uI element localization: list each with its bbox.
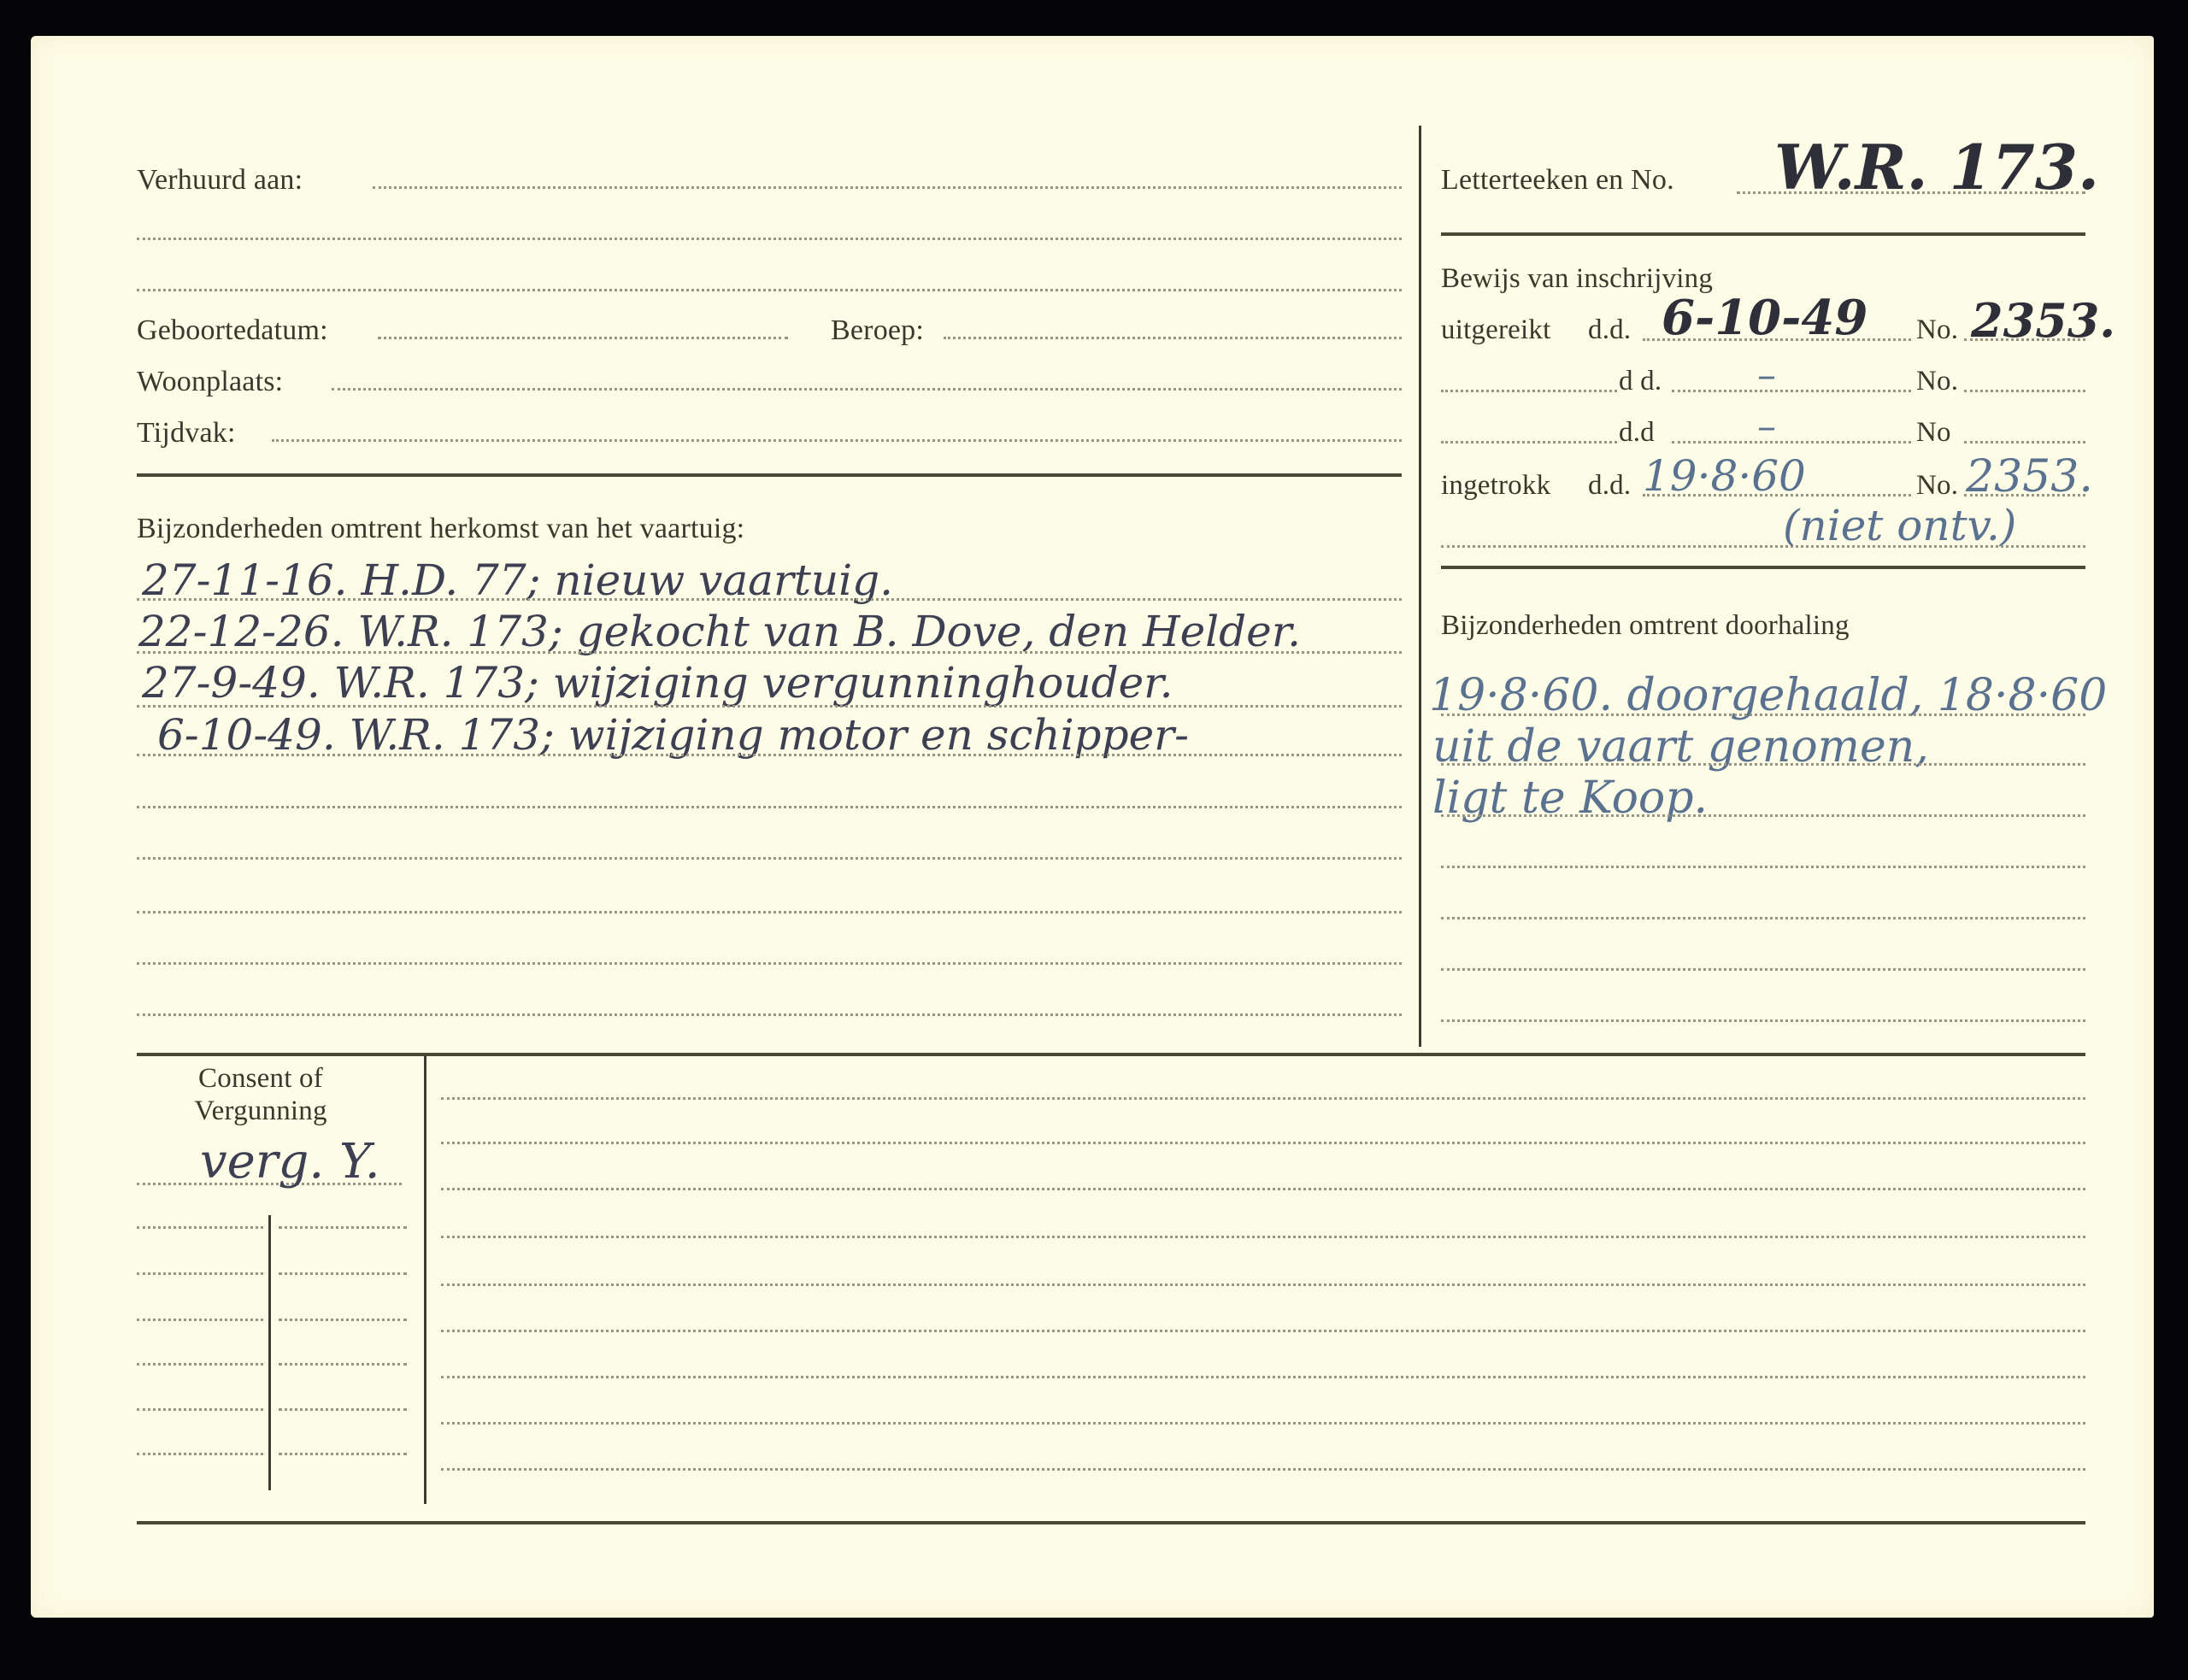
herkomst-line bbox=[137, 911, 1402, 913]
consent-row bbox=[137, 1272, 263, 1275]
registration-card: Verhuurd aan: Geboortedatum: Beroep: Woo… bbox=[31, 36, 2154, 1618]
row3-prefix-field[interactable] bbox=[1441, 441, 1617, 443]
letterteeken-label: Letterteeken en No. bbox=[1441, 166, 1674, 195]
beroep-field[interactable] bbox=[944, 337, 1402, 339]
herkomst-line bbox=[137, 806, 1402, 808]
doorhaling-line-rule bbox=[1441, 763, 2085, 766]
doorhaling-line-rule bbox=[1441, 917, 2085, 919]
verhuurd-aan-field[interactable] bbox=[373, 186, 1402, 189]
consent-label-line2: Vergunning bbox=[137, 1097, 385, 1125]
bottom-line[interactable] bbox=[441, 1330, 2085, 1332]
consent-row bbox=[137, 1453, 263, 1455]
consent-row bbox=[137, 1363, 263, 1366]
geboortedatum-field[interactable] bbox=[378, 337, 788, 339]
bottom-line[interactable] bbox=[441, 1468, 2085, 1471]
verhuurd-aan-field-line3[interactable] bbox=[137, 289, 1402, 291]
verhuurd-aan-field-line2[interactable] bbox=[137, 238, 1402, 240]
dd-label: d d. bbox=[1619, 367, 1662, 396]
section-divider bbox=[137, 473, 1402, 477]
dd-label: d.d. bbox=[1588, 472, 1631, 500]
bottom-section-top-rule bbox=[137, 1053, 2085, 1056]
no-label: No. bbox=[1916, 367, 1958, 396]
bottom-line[interactable] bbox=[441, 1236, 2085, 1238]
consent-inner-divider bbox=[268, 1215, 271, 1490]
consent-row bbox=[279, 1272, 407, 1275]
consent-row bbox=[137, 1226, 263, 1229]
beroep-label: Beroep: bbox=[831, 316, 924, 345]
bottom-line[interactable] bbox=[441, 1142, 2085, 1144]
bottom-line[interactable] bbox=[441, 1283, 2085, 1286]
right-divider-2 bbox=[1441, 566, 2085, 569]
column-divider bbox=[1419, 126, 1421, 1047]
ingetrokk-label: ingetrokk bbox=[1441, 472, 1550, 500]
consent-row bbox=[279, 1226, 407, 1229]
herkomst-line bbox=[137, 651, 1402, 654]
no-label: No bbox=[1916, 419, 1951, 447]
consent-row bbox=[279, 1363, 407, 1366]
doorhaling-line: 19·8·60. doorgehaald, 18·8·60 bbox=[1429, 673, 2107, 718]
tijdvak-field[interactable] bbox=[272, 439, 1402, 442]
ingetrokk-note: (niet ontv.) bbox=[1783, 504, 2016, 547]
bottom-line[interactable] bbox=[441, 1422, 2085, 1424]
bottom-line[interactable] bbox=[441, 1376, 2085, 1378]
herkomst-entry: 6-10-49. W.R. 173; wijziging motor en sc… bbox=[157, 714, 1189, 756]
row3-date-field[interactable] bbox=[1672, 441, 1911, 443]
doorhaling-line-rule bbox=[1441, 714, 2085, 716]
row2-date: – bbox=[1757, 357, 1776, 395]
herkomst-line bbox=[137, 705, 1402, 708]
woonplaats-label: Woonplaats: bbox=[137, 367, 283, 397]
ingetrokk-no: 2353. bbox=[1966, 455, 2093, 499]
no-label: No. bbox=[1916, 316, 1958, 344]
herkomst-line bbox=[137, 598, 1402, 601]
bottom-line[interactable] bbox=[441, 1097, 2085, 1100]
herkomst-label: Bijzonderheden omtrent herkomst van het … bbox=[137, 514, 744, 543]
consent-row bbox=[279, 1408, 407, 1411]
consent-value: verg. Y. bbox=[200, 1138, 380, 1186]
tijdvak-label: Tijdvak: bbox=[137, 419, 236, 448]
doorhaling-line-rule bbox=[1441, 814, 2085, 817]
row3-no-field[interactable] bbox=[1964, 441, 2085, 443]
herkomst-line bbox=[137, 962, 1402, 965]
doorhaling-label: Bijzonderheden omtrent doorhaling bbox=[1441, 612, 1850, 640]
doorhaling-line-rule bbox=[1441, 866, 2085, 868]
consent-row bbox=[279, 1453, 407, 1455]
row2-no-field[interactable] bbox=[1964, 390, 2085, 392]
row3-date: – bbox=[1757, 408, 1776, 446]
consent-row bbox=[137, 1319, 263, 1321]
herkomst-entry: 22-12-26. W.R. 173; gekocht van B. Dove,… bbox=[138, 610, 1301, 653]
bottom-section-bottom-rule bbox=[137, 1521, 2085, 1524]
doorhaling-line-rule bbox=[1441, 1019, 2085, 1022]
row2-date-field[interactable] bbox=[1672, 390, 1911, 392]
herkomst-line bbox=[137, 857, 1402, 860]
herkomst-entry: 27-9-49. W.R. 173; wijziging vergunningh… bbox=[142, 661, 1173, 704]
uitgereikt-label: uitgereikt bbox=[1441, 316, 1550, 344]
herkomst-entry: 27-11-16. H.D. 77; nieuw vaartuig. bbox=[142, 559, 893, 602]
woonplaats-field[interactable] bbox=[332, 388, 1402, 391]
bottom-line[interactable] bbox=[441, 1188, 2085, 1190]
herkomst-line bbox=[137, 1013, 1402, 1016]
consent-row bbox=[137, 1408, 263, 1411]
dd-label: d.d. bbox=[1588, 316, 1631, 344]
doorhaling-line-rule bbox=[1441, 968, 2085, 971]
no-label: No. bbox=[1916, 472, 1958, 500]
ingetrokk-date: 19·8·60 bbox=[1643, 455, 1806, 497]
verhuurd-aan-label: Verhuurd aan: bbox=[137, 166, 303, 195]
consent-label-line1: Consent of bbox=[137, 1065, 385, 1093]
herkomst-line bbox=[137, 754, 1402, 756]
row2-prefix-field[interactable] bbox=[1441, 390, 1617, 392]
right-divider-1 bbox=[1441, 232, 2085, 236]
uitgereikt-no: 2353. bbox=[1971, 297, 2115, 344]
geboortedatum-label: Geboortedatum: bbox=[137, 316, 328, 345]
letterteeken-value: W.R. 173. bbox=[1774, 137, 2099, 198]
uitgereikt-date: 6-10-49 bbox=[1662, 294, 1867, 342]
dd-label: d.d bbox=[1619, 419, 1655, 447]
consent-column-divider bbox=[424, 1055, 426, 1504]
consent-row bbox=[279, 1319, 407, 1321]
